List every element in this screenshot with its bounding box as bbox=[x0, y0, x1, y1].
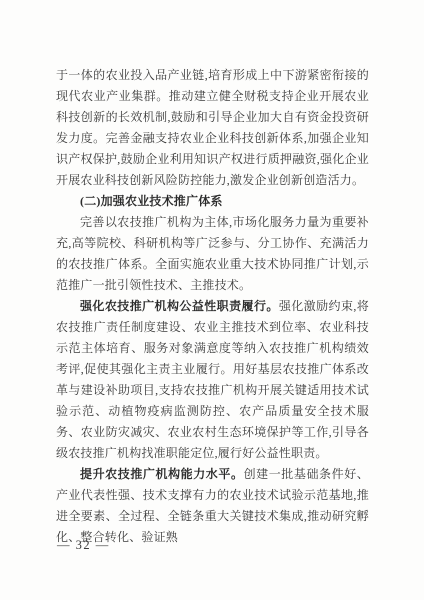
page-content: 于一体的农业投入品产业链,培育形成上中下游紧密衔接的现代农业产业集群。推动建立健… bbox=[56, 65, 369, 548]
paragraph-continuation: 于一体的农业投入品产业链,培育形成上中下游紧密衔接的现代农业产业集群。推动建立健… bbox=[56, 65, 369, 191]
section-heading: (二)加强农业技术推广体系 bbox=[56, 191, 369, 212]
paragraph: 强化农技推广机构公益性职责履行。强化激励约束,将农技推广责任制度建设、农业主推技… bbox=[56, 296, 369, 464]
document-page: 于一体的农业投入品产业链,培育形成上中下游紧密衔接的现代农业产业集群。推动建立健… bbox=[0, 0, 424, 600]
page-number: — 32 — bbox=[57, 536, 110, 554]
paragraph-lead-sentence: 提升农技推广机构能力水平。 bbox=[80, 467, 244, 481]
paragraph-lead-sentence: 强化农技推广机构公益性职责履行。 bbox=[80, 299, 279, 313]
paragraph-text: 强化激励约束,将农技推广责任制度建设、农业主推技术到位率、农业科技示范主体培育、… bbox=[56, 299, 369, 460]
paragraph: 完善以农技推广机构为主体,市场化服务力量为重要补充,高等院校、科研机构等广泛参与… bbox=[56, 212, 369, 296]
